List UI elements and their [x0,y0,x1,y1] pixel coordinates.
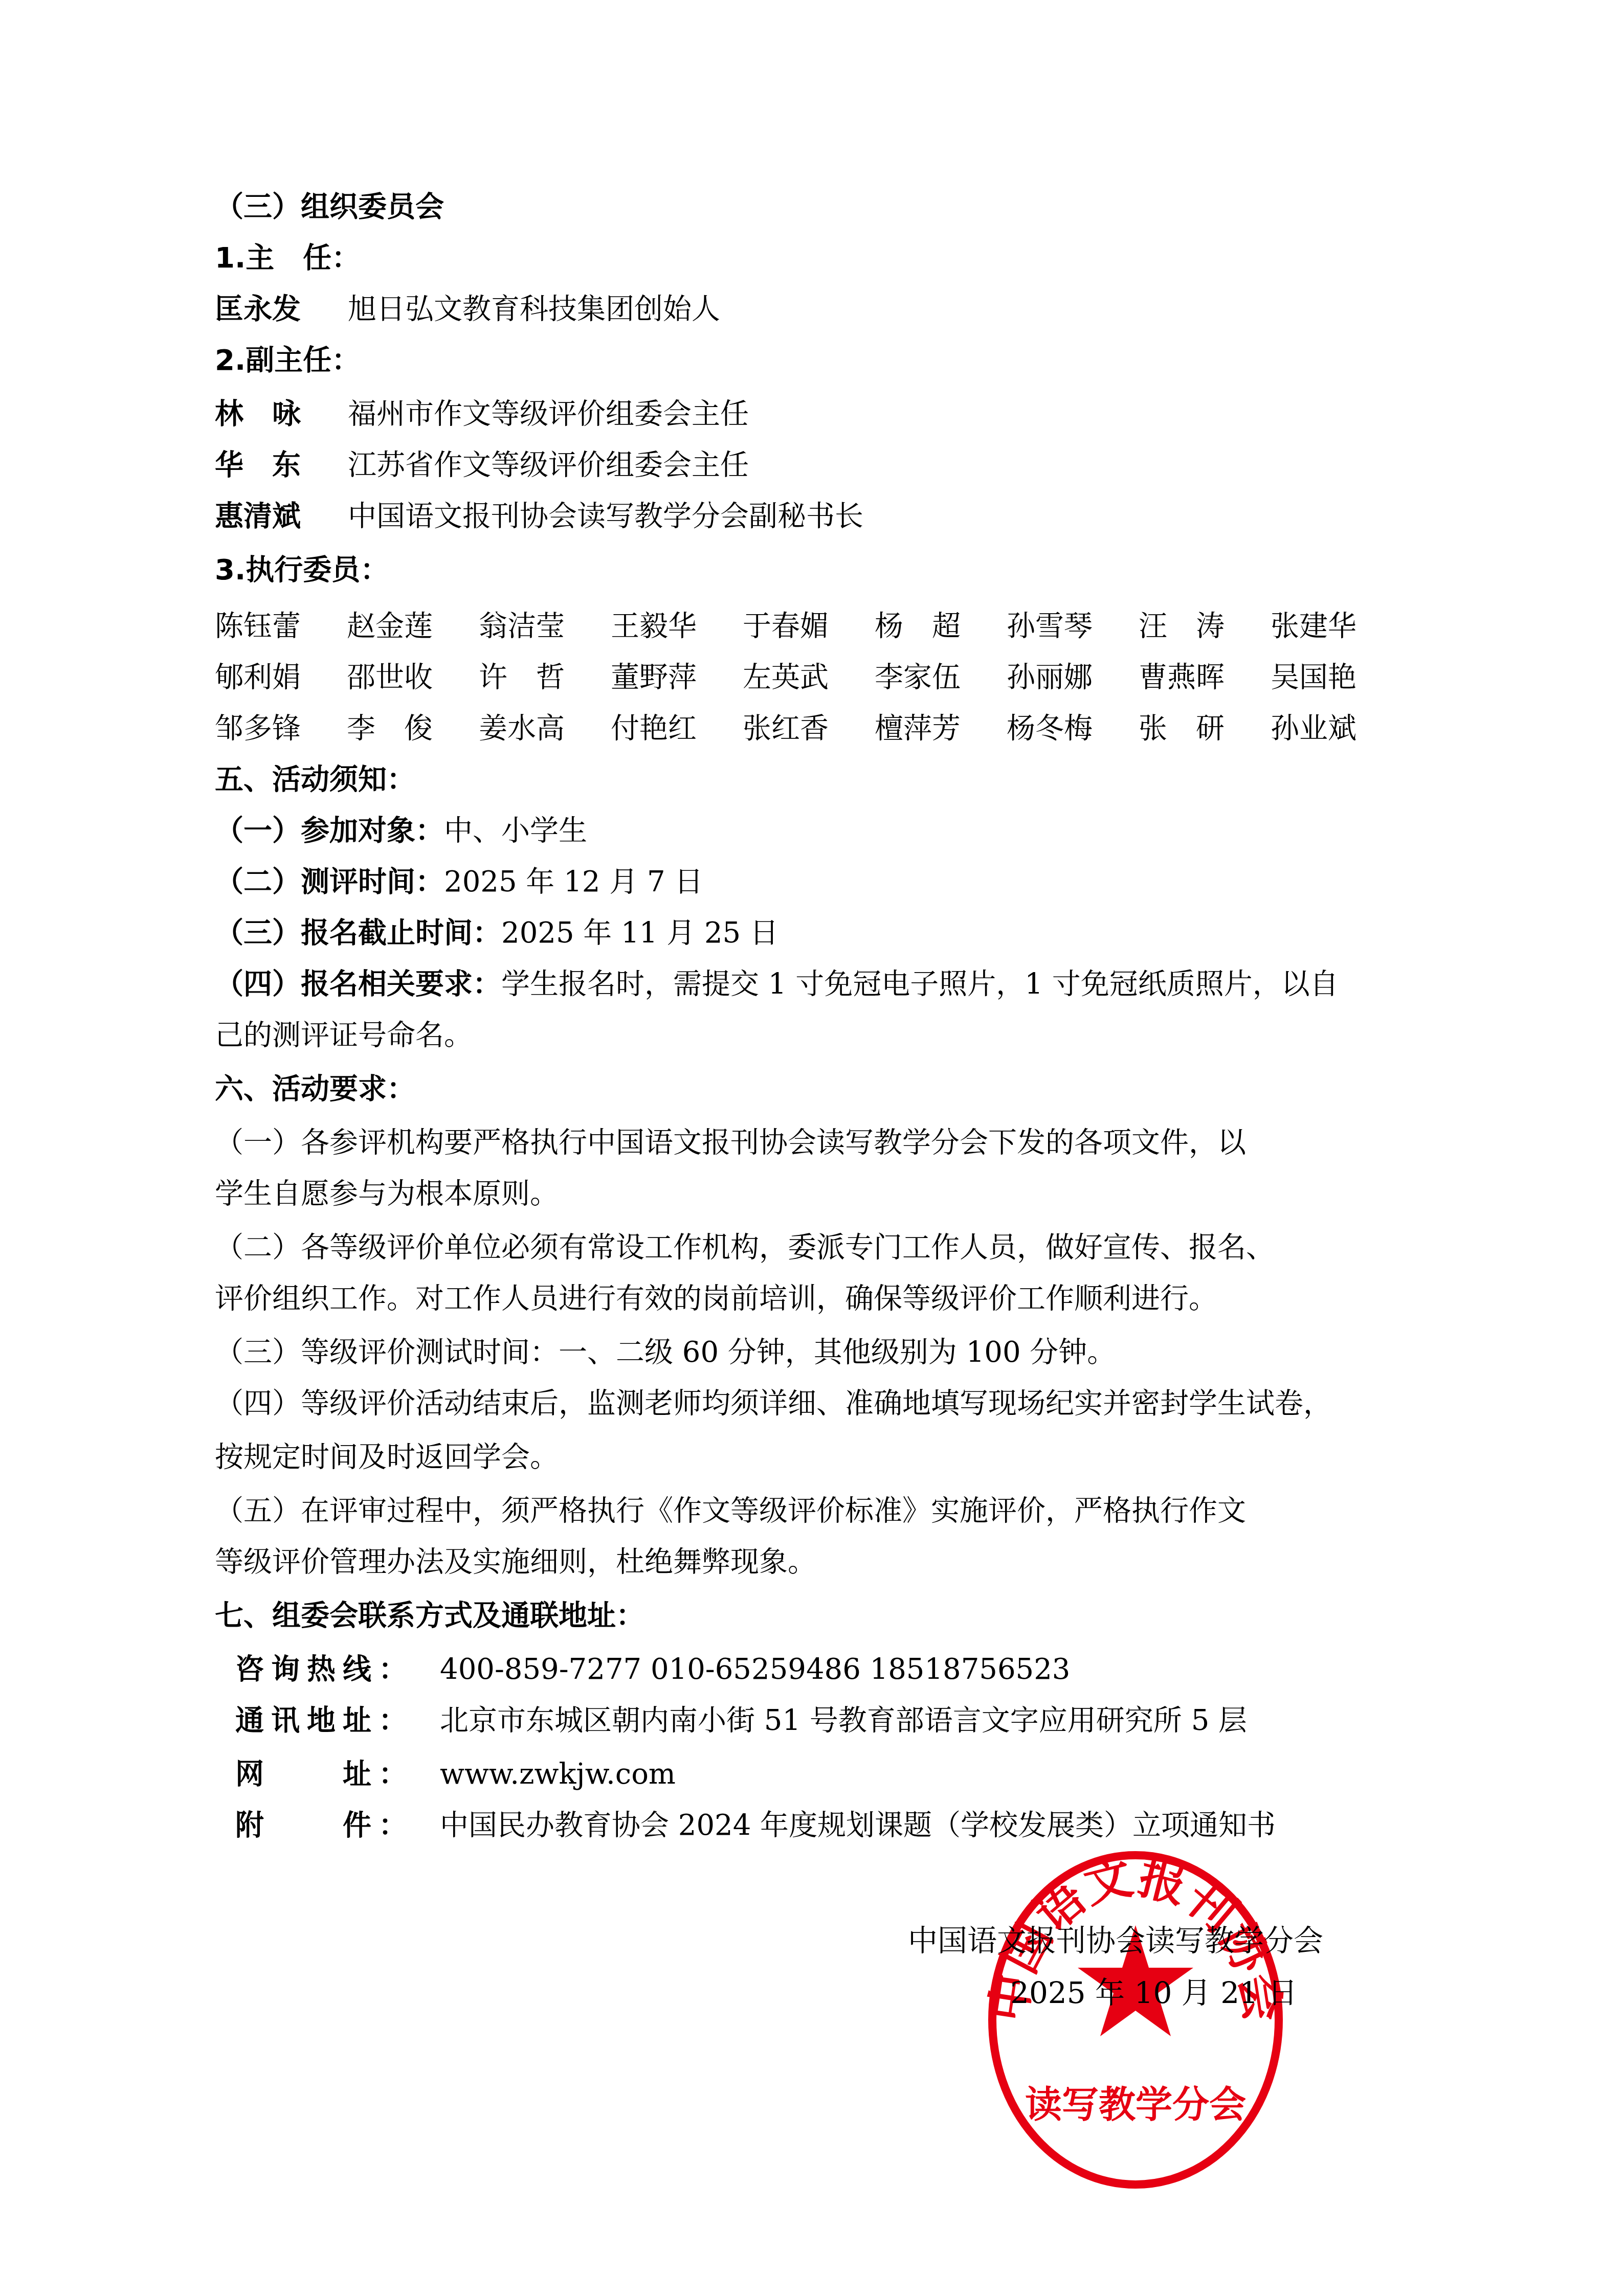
member-name: 汪 涛 [1139,603,1271,655]
committee-heading: （三）组织委员会 [215,187,444,228]
notice-label: （二）测评时间： [215,865,444,898]
member-row: 邹多锋 李 俊 姜水高 付艳红 张红香 檀萍芳 杨冬梅 张 研 孙业斌 [215,706,1403,757]
member-name: 孙雪琴 [1007,603,1139,655]
contact-row-website: 网 址：www.zwkjw.com [235,1754,676,1795]
vice-title: 江苏省作文等级评价组委会主任 [348,448,749,482]
member-name: 郇利娟 [215,655,347,706]
member-name: 邵世收 [347,655,479,706]
notice-label: （四）报名相关要求： [215,967,501,1001]
member-name: 李家伍 [875,655,1007,706]
notice-label: （一）参加对象： [215,814,444,847]
member-name: 邹多锋 [215,706,347,757]
member-name: 于春媚 [743,603,875,655]
notice-heading: 五、活动须知： [215,759,415,800]
vice-row: 惠清斌中国语文报刊协会读写教学分会副秘书长 [215,496,863,537]
chair-title: 旭日弘文教育科技集团创始人 [348,292,720,326]
chair-row: 匡永发旭日弘文教育科技集团创始人 [215,289,720,330]
contact-label: 通讯地址： [235,1700,440,1741]
vice-title: 中国语文报刊协会读写教学分会副秘书长 [348,500,863,533]
requirements-heading: 六、活动要求： [215,1069,415,1110]
contact-label: 附 件： [235,1805,440,1846]
hotline-value: 400-859-7277 010-65259486 18518756523 [440,1653,1071,1686]
member-row: 郇利娟 邵世收 许 哲 董野萍 左英武 李家伍 孙丽娜 曹燕晖 吴国艳 [215,655,1403,706]
svg-text:读写教学分会: 读写教学分会 [1025,2082,1246,2126]
vice-row: 林 咏福州市作文等级评价组委会主任 [215,394,749,435]
requirement-item: （一）各参评机构要严格执行中国语文报刊协会读写教学分会下发的各项文件，以 [215,1122,1246,1163]
official-seal-stamp: 中国语文报刊协会 读写教学分会 [982,1846,1289,2194]
member-name: 张建华 [1271,603,1403,655]
member-row: 陈钰蕾 赵金莲 翁洁莹 王毅华 于春媚 杨 超 孙雪琴 汪 涛 张建华 [215,603,1403,655]
member-name: 吴国艳 [1271,655,1403,706]
member-name: 陈钰蕾 [215,603,347,655]
requirement-item: （二）各等级评价单位必须有常设工作机构，委派专门工作人员，做好宣传、报名、 [215,1227,1275,1268]
notice-item: （二）测评时间：2025 年 12 月 7 日 [215,862,703,903]
notice-label: （三）报名截止时间： [215,916,501,950]
requirement-item-continued: 等级评价管理办法及实施细则，杜绝舞弊现象。 [215,1542,816,1583]
member-name: 孙丽娜 [1007,655,1139,706]
address-value: 北京市东城区朝内南小街 51 号教育部语言文字应用研究所 5 层 [440,1704,1247,1737]
member-name: 张红香 [743,706,875,757]
notice-text-continued: 己的测评证号命名。 [215,1015,473,1056]
vice-row: 华 东江苏省作文等级评价组委会主任 [215,445,749,486]
notice-item: （一）参加对象：中、小学生 [215,811,587,851]
requirement-item: （三）等级评价测试时间：一、二级 60 分钟，其他级别为 100 分钟。 [215,1332,1116,1373]
vice-name: 华 东 [215,445,348,486]
requirement-item: （四）等级评价活动结束后，监测老师均须详细、准确地填写现场纪实并密封学生试卷， [215,1383,1332,1424]
document-page: （三）组织委员会 1.主 任： 匡永发旭日弘文教育科技集团创始人 2.副主任： … [0,0,1624,2296]
chair-name: 匡永发 [215,289,348,330]
member-name: 张 研 [1139,706,1271,757]
contact-label: 咨询热线： [235,1649,440,1690]
member-name: 李 俊 [347,706,479,757]
requirement-item-continued: 按规定时间及时返回学会。 [215,1437,559,1478]
member-name: 左英武 [743,655,875,706]
vice-label: 2.副主任： [215,340,360,381]
chair-label: 1.主 任： [215,238,360,279]
website-link[interactable]: www.zwkjw.com [440,1758,676,1791]
member-name: 曹燕晖 [1139,655,1271,706]
signature-date: 2025 年 10 月 21 日 [1010,1969,1297,2012]
member-name: 赵金莲 [347,603,479,655]
notice-text: 2025 年 11 月 25 日 [501,916,778,950]
member-name: 姜水高 [479,706,611,757]
notice-text: 2025 年 12 月 7 日 [444,865,703,898]
member-name: 付艳红 [611,706,743,757]
attachment-value: 中国民办教育协会 2024 年度规划课题（学校发展类）立项通知书 [440,1809,1276,1842]
member-name: 杨冬梅 [1007,706,1139,757]
contact-label: 网 址： [235,1754,440,1795]
exec-label: 3.执行委员： [215,550,389,591]
vice-name: 惠清斌 [215,496,348,537]
member-name: 许 哲 [479,655,611,706]
member-name: 王毅华 [611,603,743,655]
contact-row-address: 通讯地址：北京市东城区朝内南小街 51 号教育部语言文字应用研究所 5 层 [235,1700,1247,1741]
executive-members: 陈钰蕾 赵金莲 翁洁莹 王毅华 于春媚 杨 超 孙雪琴 汪 涛 张建华 郇利娟 … [215,603,1403,757]
notice-text: 中、小学生 [444,814,587,847]
vice-title: 福州市作文等级评价组委会主任 [348,397,749,431]
requirement-item-continued: 评价组织工作。对工作人员进行有效的岗前培训，确保等级评价工作顺利进行。 [215,1278,1217,1319]
contact-row-hotline: 咨询热线：400-859-7277 010-65259486 185187565… [235,1649,1071,1690]
contact-row-attachment: 附 件：中国民办教育协会 2024 年度规划课题（学校发展类）立项通知书 [235,1805,1276,1846]
notice-item: （三）报名截止时间：2025 年 11 月 25 日 [215,913,778,954]
requirement-item-continued: 学生自愿参与为根本原则。 [215,1174,559,1214]
member-name: 孙业斌 [1271,706,1403,757]
member-name: 檀萍芳 [875,706,1007,757]
notice-item: （四）报名相关要求：学生报名时，需提交 1 寸免冠电子照片，1 寸免冠纸质照片，… [215,964,1339,1005]
member-name: 翁洁莹 [479,603,611,655]
vice-name: 林 咏 [215,394,348,435]
member-name: 董野萍 [611,655,743,706]
member-name: 杨 超 [875,603,1007,655]
contact-heading: 七、组委会联系方式及通联地址： [215,1595,644,1636]
signature-org: 中国语文报刊协会读写教学分会 [908,1917,1323,1960]
seal-icon: 中国语文报刊协会 读写教学分会 [982,1846,1289,2194]
notice-text: 学生报名时，需提交 1 寸免冠电子照片，1 寸免冠纸质照片，以自 [501,967,1339,1001]
requirement-item: （五）在评审过程中，须严格执行《作文等级评价标准》实施评价，严格执行作文 [215,1491,1246,1532]
